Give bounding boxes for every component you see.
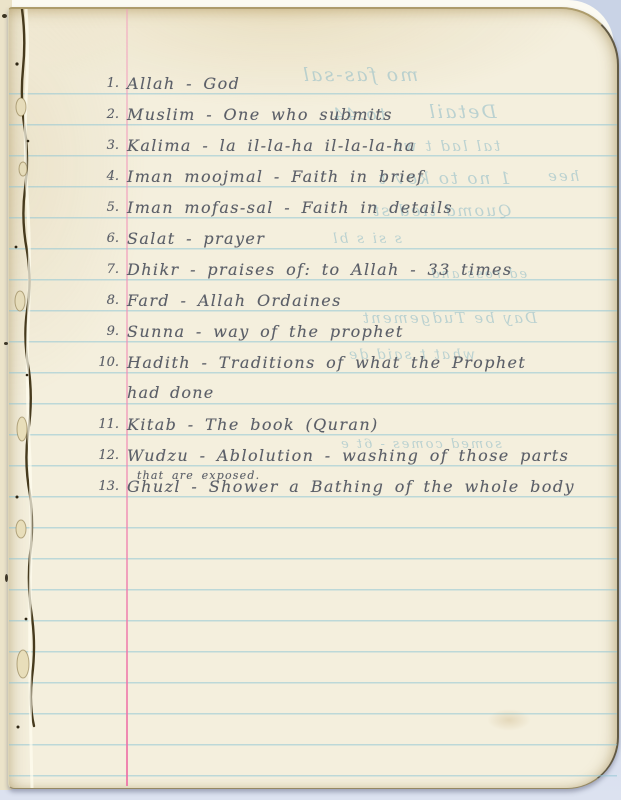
- note-text: Salat - prayer: [127, 227, 265, 251]
- bleed-through-text: Quomd tied st: [371, 201, 512, 220]
- note-continuation: that are exposed.: [137, 466, 260, 486]
- note-number: 9.: [87, 320, 119, 344]
- ruled-lines: [9, 93, 617, 784]
- notes-layer: 1.Allah - God2.Muslim - One who submits3…: [9, 9, 617, 788]
- bleed-through-text: s si s bl: [331, 231, 402, 247]
- note-text: Kitab - The book (Quran): [127, 413, 379, 437]
- paper-stain: [487, 709, 531, 731]
- note-number: 11.: [87, 413, 119, 437]
- bleed-through-text: mo fas-sal: [301, 64, 418, 86]
- note-number: 10.: [87, 351, 119, 375]
- note-number: 8.: [87, 289, 119, 313]
- binding-crease: [9, 9, 49, 788]
- notebook-page: mo fas-salto:44Detailtal lad t wa1 no to…: [8, 7, 619, 789]
- note-text: Wudzu - Ablolution - washing of those pa…: [127, 444, 569, 468]
- note-number: 5.: [87, 196, 119, 220]
- bleed-through-text: Day be Tudgement: [361, 309, 537, 327]
- note-text: Hadith - Traditions of what the Prophet: [127, 351, 526, 375]
- note-number: 7.: [87, 258, 119, 282]
- bleed-through-text: tal lad t wa: [391, 137, 500, 155]
- note-text: Fard - Allah Ordaines: [127, 289, 342, 313]
- scanned-notebook-page: { "document": { "kind": "handwritten not…: [0, 0, 621, 800]
- note-number: 12.: [87, 444, 119, 468]
- note-number: 3.: [87, 134, 119, 158]
- note-text: Allah - God: [127, 72, 240, 96]
- note-number: 6.: [87, 227, 119, 251]
- note-text: Iman moojmal - Faith in brief: [127, 165, 424, 189]
- note-number: 13.: [87, 475, 119, 499]
- paper-aging-tint: [9, 9, 617, 788]
- bleed-through-text: 1 no to kov t: [377, 169, 511, 189]
- note-text: Dhikr - praises of: to Allah - 33 times: [127, 258, 513, 282]
- bleed-through-text: somed comes - 6t e: [339, 437, 502, 452]
- note-continuation: had done: [127, 383, 214, 403]
- note-text: Sunna - way of the prophet: [127, 320, 404, 344]
- note-number: 1.: [87, 72, 119, 96]
- bleed-through-text: to:44: [331, 105, 385, 125]
- note-text: Muslim - One who submits: [127, 103, 393, 127]
- bleed-through-text: what t said de: [347, 347, 475, 363]
- note-number: 2.: [87, 103, 119, 127]
- margin-line: [126, 9, 128, 786]
- bleed-through-text: ed ross and: [429, 267, 527, 282]
- note-number: 4.: [87, 165, 119, 189]
- bleed-through-text: hee: [546, 167, 579, 185]
- bleed-through-text: Detail: [427, 101, 497, 123]
- note-text: Kalima - la il-la-ha il-la-la-ha: [127, 134, 416, 158]
- note-text: Iman mofas-sal - Faith in details: [127, 196, 453, 220]
- note-text: Ghuzl - Shower a Bathing of the whole bo…: [127, 475, 575, 499]
- bleed-through-layer: mo fas-salto:44Detailtal lad t wa1 no to…: [9, 9, 617, 788]
